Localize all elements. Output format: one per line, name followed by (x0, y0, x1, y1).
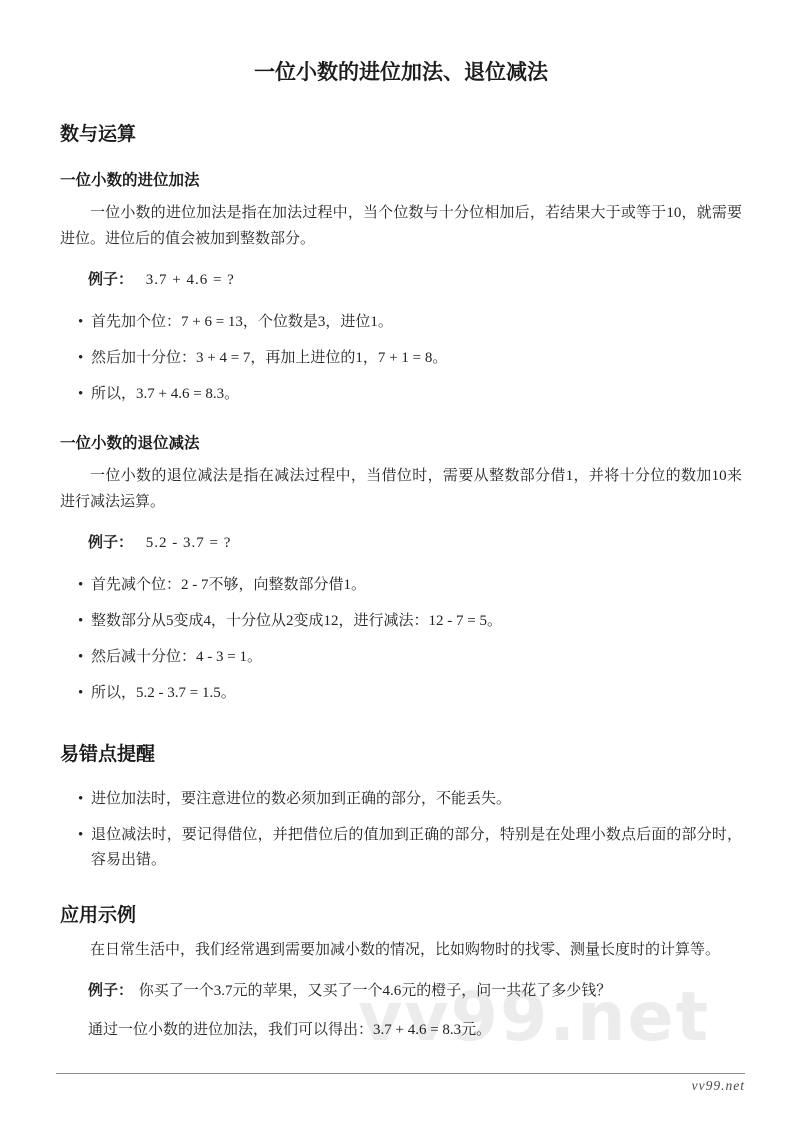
application-conclusion: 通过一位小数的进位加法，我们可以得出：3.7 + 4.6 = 8.3元。 (60, 1019, 742, 1041)
list-item: 进位加法时，要注意进位的数必须加到正确的部分，不能丢失。 (78, 787, 742, 812)
carry-addition-definition: 一位小数的进位加法是指在加法过程中，当个位数与十分位相加后，若结果大于或等于10… (60, 200, 742, 252)
subsection-heading-borrow-subtraction: 一位小数的退位减法 (60, 433, 742, 455)
application-intro: 在日常生活中，我们经常遇到需要加减小数的情况，比如购物时的找零、测量长度时的计算… (60, 937, 742, 963)
section-heading-application: 应用示例 (60, 903, 742, 929)
list-item: 退位减法时，要记得借位，并把借位后的值加到正确的部分，特别是在处理小数点后面的部… (78, 823, 742, 873)
list-item: 首先加个位：7 + 6 = 13，个位数是3，进位1。 (78, 310, 742, 335)
list-item: 所以，3.7 + 4.6 = 8.3。 (78, 382, 742, 407)
carry-addition-steps: 首先加个位：7 + 6 = 13，个位数是3，进位1。 然后加十分位：3 + 4… (60, 310, 742, 407)
carry-addition-example: 例子： 3.7 + 4.6 = ? (60, 269, 742, 291)
borrow-subtraction-steps: 首先减个位：2 - 7不够，向整数部分借1。 整数部分从5变成4，十分位从2变成… (60, 573, 742, 706)
example-label: 例子： (88, 272, 133, 288)
list-item: 所以，5.2 - 3.7 = 1.5。 (78, 681, 742, 706)
list-item: 整数部分从5变成4，十分位从2变成12，进行减法：12 - 7 = 5。 (78, 609, 742, 634)
section-heading-common-mistakes: 易错点提醒 (60, 742, 742, 768)
example-expression: 3.7 + 4.6 = ? (146, 272, 235, 288)
example-expression: 5.2 - 3.7 = ? (146, 535, 232, 551)
example-label: 例子： (88, 983, 133, 999)
common-mistakes-list: 进位加法时，要注意进位的数必须加到正确的部分，不能丢失。 退位减法时，要记得借位… (60, 787, 742, 873)
subsection-heading-carry-addition: 一位小数的进位加法 (60, 170, 742, 192)
document-page: vv99.net 一位小数的进位加法、退位减法 数与运算 一位小数的进位加法 一… (0, 0, 800, 1130)
example-label: 例子： (88, 535, 133, 551)
footer-divider (56, 1073, 745, 1074)
list-item: 然后加十分位：3 + 4 = 7，再加上进位的1，7 + 1 = 8。 (78, 346, 742, 371)
borrow-subtraction-example: 例子： 5.2 - 3.7 = ? (60, 532, 742, 554)
page-title: 一位小数的进位加法、退位减法 (60, 58, 742, 86)
list-item: 首先减个位：2 - 7不够，向整数部分借1。 (78, 573, 742, 598)
list-item: 然后减十分位：4 - 3 = 1。 (78, 645, 742, 670)
footer-site-name: vv99.net (692, 1078, 745, 1094)
conclusion-text: 通过一位小数的进位加法，我们可以得出：3.7 + 4.6 = 8.3元。 (88, 1022, 491, 1038)
application-example: 例子： 你买了一个3.7元的苹果，又买了一个4.6元的橙子，问一共花了多少钱？ (60, 980, 742, 1002)
section-heading-number-operations: 数与运算 (60, 122, 742, 148)
borrow-subtraction-definition: 一位小数的退位减法是指在减法过程中，当借位时，需要从整数部分借1，并将十分位的数… (60, 463, 742, 515)
example-problem-text: 你买了一个3.7元的苹果，又买了一个4.6元的橙子，问一共花了多少钱？ (139, 983, 612, 999)
document-content: 一位小数的进位加法、退位减法 数与运算 一位小数的进位加法 一位小数的进位加法是… (0, 0, 800, 1041)
